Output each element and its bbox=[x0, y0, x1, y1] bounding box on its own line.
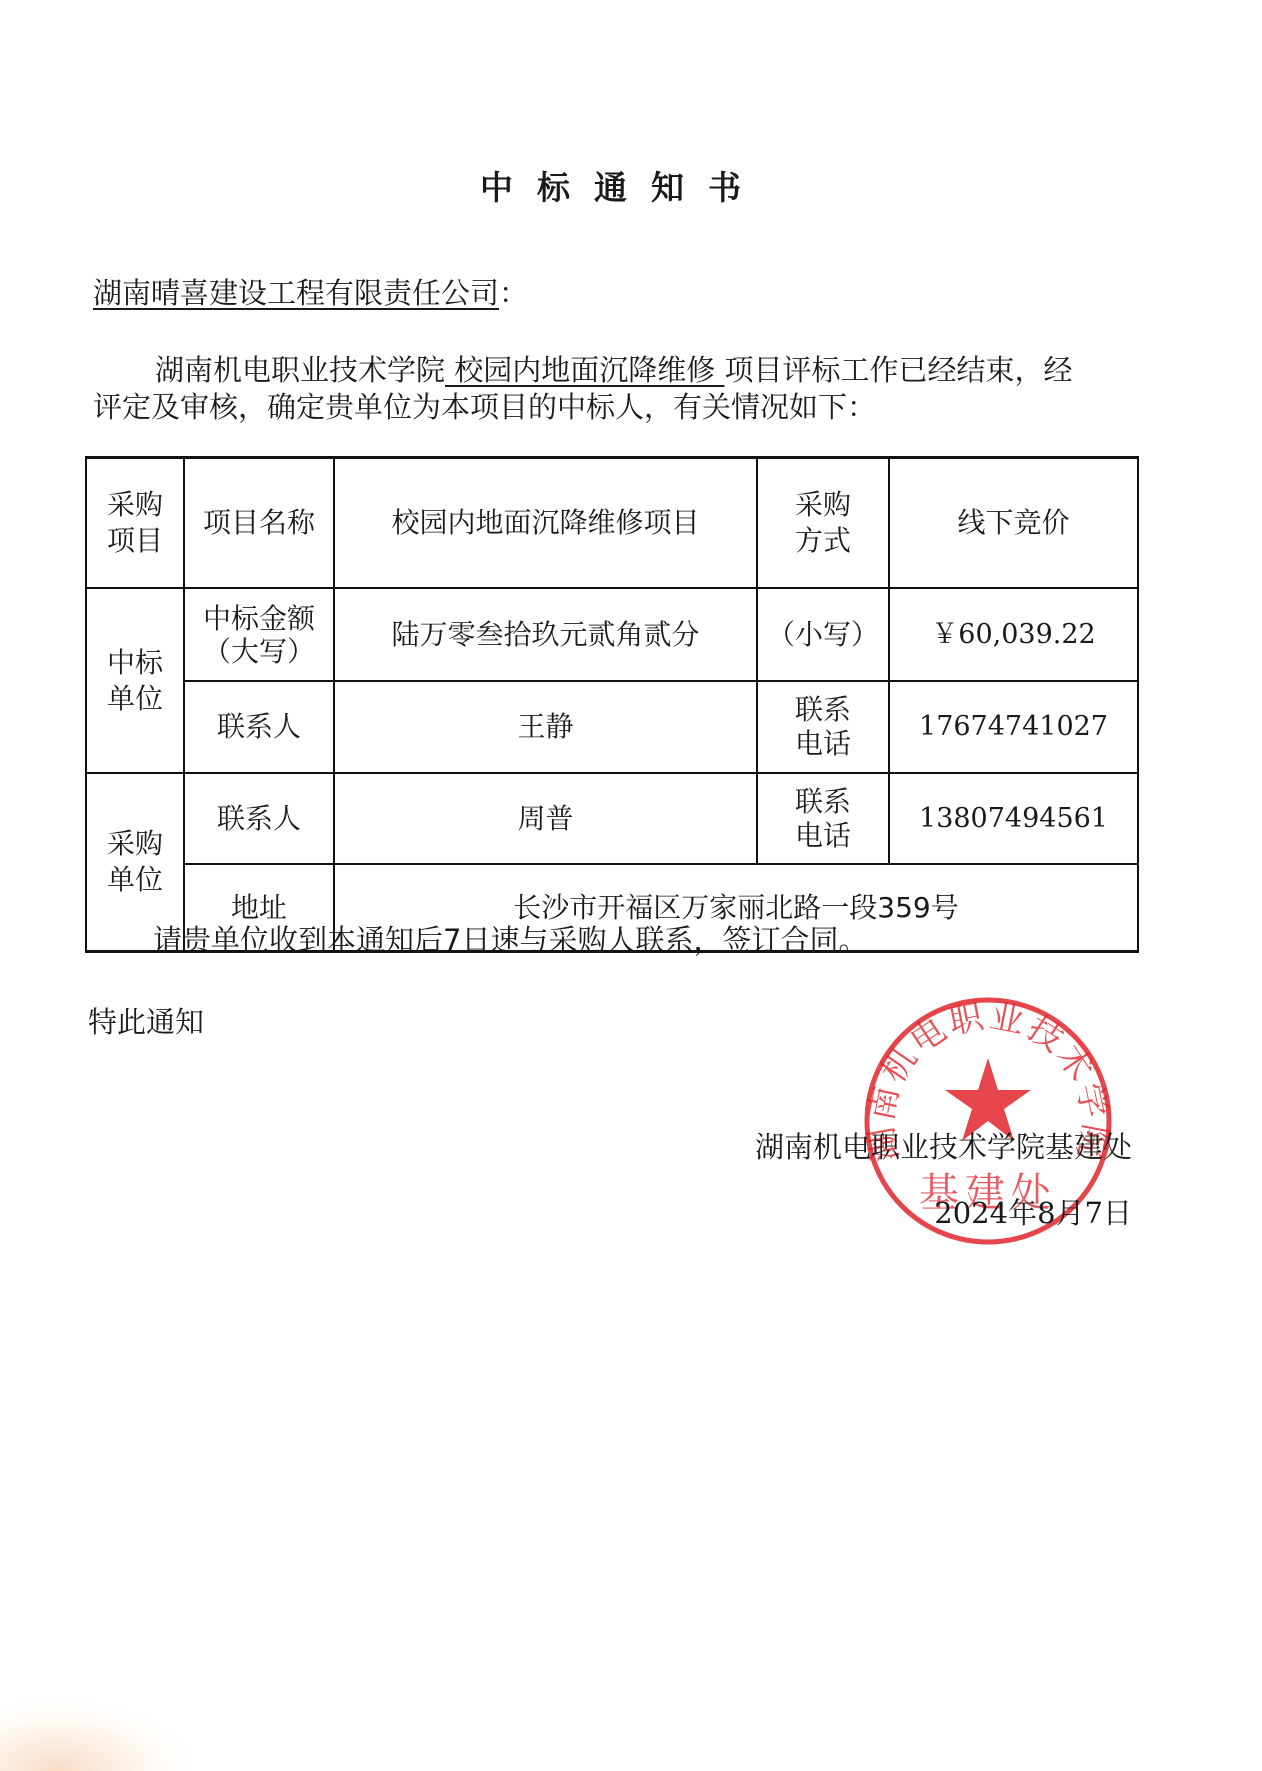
label-winner-contact: 联系人 bbox=[185, 682, 333, 772]
label-buyer-phone: 联系 电话 bbox=[758, 774, 888, 863]
closing-text: 特此通知 bbox=[88, 1004, 204, 1040]
buyer-phone: 13807494561 bbox=[890, 774, 1137, 863]
salutation: 湖南晴喜建设工程有限责任公司： bbox=[93, 276, 528, 310]
table-border-right bbox=[1137, 456, 1139, 953]
document-title: 中标通知书 bbox=[480, 168, 765, 208]
recipient-company: 湖南晴喜建设工程有限责任公司 bbox=[93, 276, 499, 310]
signature-date: 2024年8月7日 bbox=[934, 1194, 1132, 1232]
contract-notice: 请贵单位收到本通知后7日速与采购人联系，签订合同。 bbox=[153, 922, 867, 958]
group-procurement-project: 采购 项目 bbox=[87, 459, 183, 587]
intro-text: 项目评标工作已经结束，经 bbox=[724, 353, 1072, 387]
label-buyer-contact: 联系人 bbox=[185, 774, 333, 863]
issuer-name: 湖南机电职业技术学院 bbox=[155, 353, 445, 387]
procurement-method: 线下竞价 bbox=[890, 459, 1137, 587]
project-name-inline: 校园内地面沉降维修 bbox=[445, 353, 724, 387]
scan-smudge bbox=[0, 1701, 190, 1771]
amount-lower: ￥60,039.22 bbox=[890, 589, 1137, 680]
signature-org: 湖南机电职业技术学院基建处 bbox=[755, 1128, 1132, 1166]
winner-contact: 王静 bbox=[335, 682, 756, 772]
label-winner-phone: 联系 电话 bbox=[758, 682, 888, 772]
label-project-name: 项目名称 bbox=[185, 459, 333, 587]
label-amount-lower: （小写） bbox=[758, 589, 888, 680]
winner-phone: 17674741027 bbox=[890, 682, 1137, 772]
group-winning-unit: 中标 单位 bbox=[87, 589, 183, 772]
buyer-contact: 周普 bbox=[335, 774, 756, 863]
label-procurement-method: 采购 方式 bbox=[758, 459, 888, 587]
amount-upper: 陆万零叁拾玖元贰角贰分 bbox=[335, 589, 756, 680]
intro-paragraph-line2: 评定及审核，确定贵单位为本项目的中标人，有关情况如下： bbox=[93, 389, 876, 426]
award-table: 采购 项目 项目名称 校园内地面沉降维修项目 采购 方式 线下竞价 中标 单位 … bbox=[85, 456, 1139, 952]
intro-paragraph-line1: 湖南机电职业技术学院 校园内地面沉降维修 项目评标工作已经结束，经 bbox=[155, 352, 1072, 389]
project-name: 校园内地面沉降维修项目 bbox=[335, 459, 756, 587]
salutation-colon: ： bbox=[499, 276, 528, 310]
label-amount-upper: 中标金额 （大写） bbox=[185, 589, 333, 680]
